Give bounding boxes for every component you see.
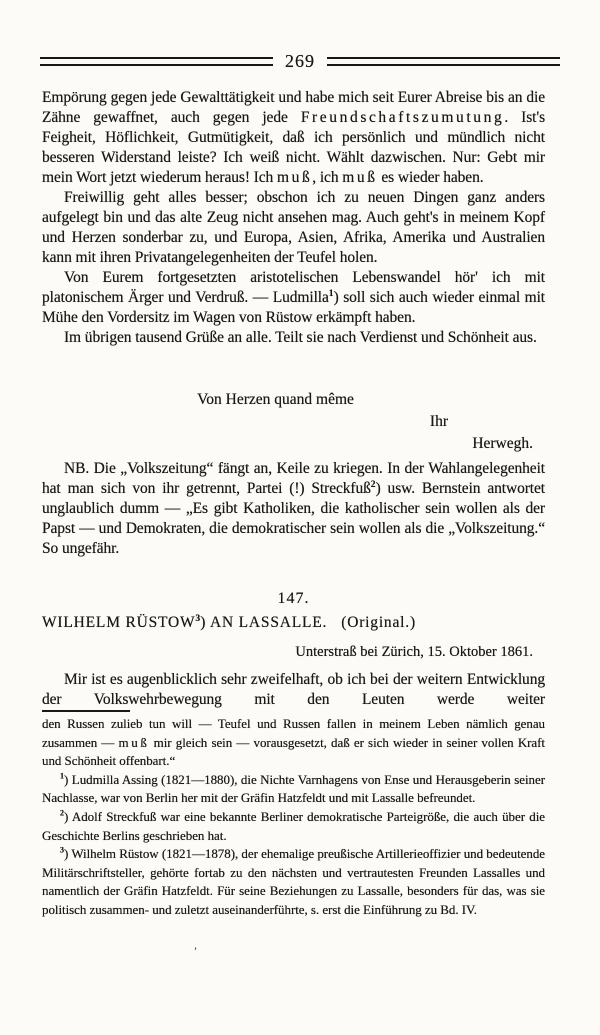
footnote-separator — [42, 710, 130, 712]
running-head: 269 — [40, 52, 560, 70]
letter-paragraph-2: Freiwillig geht alles besser; obschon ic… — [42, 188, 545, 268]
letter-paragraph-3: Von Eurem fortgesetzten aristotelischen … — [42, 268, 545, 328]
footnote-1: 1) Ludmilla Assing (1821—1880), die Nich… — [42, 771, 545, 808]
letter-paragraph-4: Im übrigen tausend Grüße an alle. Teilt … — [42, 328, 545, 348]
opening-paragraph: Mir ist es augenblicklich sehr zweifelha… — [42, 670, 545, 710]
letter-opening: Mir ist es augenblicklich sehr zweifelha… — [42, 670, 545, 710]
original-note: (Original.) — [341, 614, 416, 631]
dateline: Unterstraß bei Zürich, 15. Oktober 1861. — [42, 644, 545, 661]
footnote-2: 2) Adolf Streckfuß war eine bekannte Ber… — [42, 808, 545, 845]
footnotes: den Russen zulieb tun will — Teufel und … — [42, 715, 545, 920]
page-number: 269 — [273, 52, 327, 70]
section-title: WILHELM RÜSTOW3) AN LASSALLE. — [42, 614, 327, 631]
book-page: 269 Empörung gegen jede Gewalttätigkeit … — [0, 0, 600, 1035]
scan-speck: ’ — [194, 946, 197, 956]
letter-paragraph-1: Empörung gegen jede Gewalttätigkeit und … — [42, 88, 545, 188]
footnote-3: 3) Wilhelm Rüstow (1821—1878), der ehema… — [42, 845, 545, 919]
letter-body: Empörung gegen jede Gewalttätigkeit und … — [42, 88, 545, 348]
head-rule-left — [40, 57, 273, 66]
section-title-line: WILHELM RÜSTOW3) AN LASSALLE.(Original.) — [42, 614, 545, 632]
signature: Herwegh. — [42, 435, 545, 453]
head-rule-right — [327, 57, 560, 66]
section-number: 147. — [42, 590, 545, 608]
closing-line: Von Herzen quand même — [42, 391, 545, 409]
closing-ihr: Ihr — [42, 413, 545, 431]
postscript: NB. Die „Volkszeitung“ fängt an, Keile z… — [42, 459, 545, 559]
nb-paragraph: NB. Die „Volkszeitung“ fängt an, Keile z… — [42, 459, 545, 559]
footnote-continuation: den Russen zulieb tun will — Teufel und … — [42, 715, 545, 771]
